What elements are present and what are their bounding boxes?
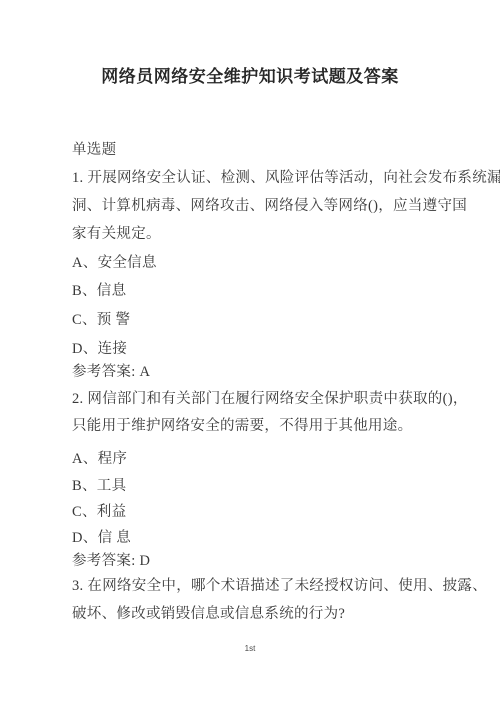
question-1-line-3: 家有关规定。 (72, 226, 440, 243)
question-1-answer: 参考答案: A (72, 364, 440, 381)
question-1-line-1: 1. 开展网络安全认证、检测、风险评估等活动，向社会发布系统漏 (72, 170, 440, 187)
question-3-line-1: 3. 在网络安全中，哪个术语描述了未经授权访问、使用、披露、 (72, 578, 440, 595)
document-title: 网络员网络安全维护知识考试题及答案 (0, 62, 500, 87)
question-1-option-b: B、信息 (72, 283, 440, 300)
question-2-line-2: 只能用于维护网络安全的需要，不得用于其他用途。 (72, 418, 440, 435)
question-1-line-2: 洞、计算机病毒、网络攻击、网络侵入等网络()，应当遵守国 (72, 198, 440, 215)
question-2-option-b: B、工具 (72, 478, 440, 495)
page-number: 1st (0, 644, 500, 653)
question-2-option-a: A、程序 (72, 451, 440, 468)
question-3-line-2: 破坏、修改或销毁信息或信息系统的行为? (72, 606, 440, 623)
question-2-answer: 参考答案: D (72, 553, 440, 570)
document-page: 网络员网络安全维护知识考试题及答案 单选题 1. 开展网络安全认证、检测、风险评… (0, 0, 500, 707)
question-1-option-a: A、安全信息 (72, 255, 440, 272)
question-1-option-c: C、预 警 (72, 312, 440, 329)
question-2-option-d: D、信 息 (72, 530, 440, 547)
question-2-line-1: 2. 网信部门和有关部门在履行网络安全保护职责中获取的()， (72, 391, 440, 408)
question-2-option-c: C、利益 (72, 504, 440, 521)
section-label: 单选题 (72, 142, 440, 159)
question-1-option-d: D、连接 (72, 341, 440, 358)
